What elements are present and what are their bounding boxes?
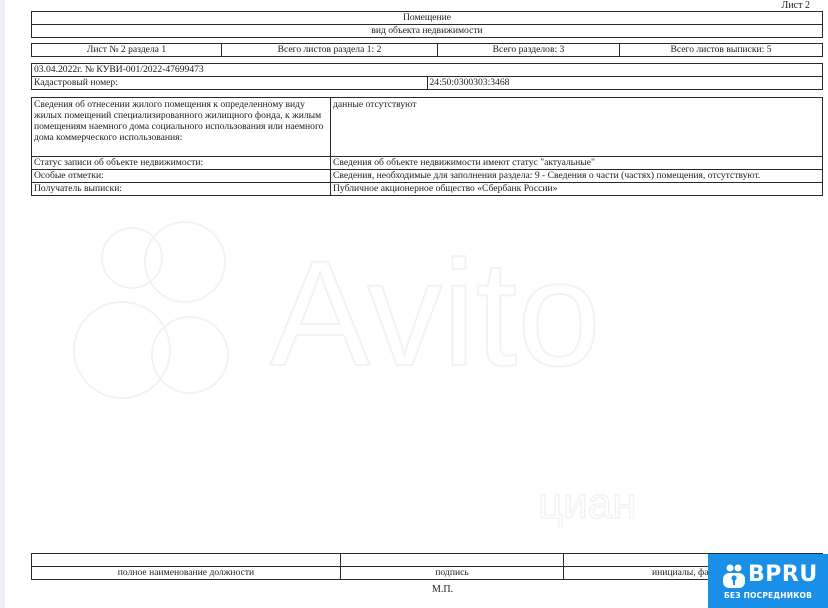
badge-title: BPRU [748, 562, 818, 587]
recipient-label: Получатель выписки: [32, 183, 331, 196]
cadastral-number: 24:50:0300303:3468 [427, 77, 823, 90]
recipient-value: Публичное акционерное общество «Сбербанк… [331, 183, 823, 196]
signature-table: полное наименование должности подпись ин… [31, 553, 823, 580]
special-notes-value: Сведения, необходимые для заполнения раз… [331, 170, 823, 183]
object-type: Помещение [32, 12, 823, 25]
special-notes-label: Особые отметки: [32, 170, 331, 183]
total-sections: Всего разделов: 3 [438, 44, 620, 57]
extract-ref-table: 03.04.2022г. № КУВИ-001/2022-47699473 Ка… [31, 63, 823, 90]
specialized-housing-value: данные отсутствуют [331, 98, 823, 157]
object-type-table: Помещение вид объекта недвижимости [31, 11, 823, 38]
page-edge-strip [0, 0, 5, 608]
signature-blank [341, 554, 564, 567]
sheet-number: Лист 2 [782, 0, 810, 11]
signature-caption: подпись [341, 567, 564, 580]
extract-reference: 03.04.2022г. № КУВИ-001/2022-47699473 [32, 64, 823, 77]
watermark-primary-text: Avito [270, 229, 601, 397]
watermark-secondary-text: циан [538, 479, 637, 528]
stamp-place: М.П. [432, 584, 453, 595]
object-type-caption: вид объекта недвижимости [32, 25, 823, 38]
record-status-value: Сведения об объекте недвижимости имеют с… [331, 157, 823, 170]
bpru-badge[interactable]: BPRU БЕЗ ПОСРЕДНИКОВ [708, 554, 828, 608]
sheet-info-table: Лист № 2 раздела 1 Всего листов раздела … [31, 43, 823, 57]
record-status-label: Статус записи об объекте недвижимости: [32, 157, 331, 170]
specialized-housing-label: Сведения об отнесении жилого помещения к… [32, 98, 331, 157]
position-blank [32, 554, 341, 567]
details-table: Сведения об отнесении жилого помещения к… [31, 97, 823, 196]
sheet-of-section: Лист № 2 раздела 1 [32, 44, 222, 57]
section-total-sheets: Всего листов раздела 1: 2 [222, 44, 438, 57]
extract-total-sheets: Всего листов выписки: 5 [620, 44, 823, 57]
cadastral-label: Кадастровый номер: [32, 77, 428, 90]
position-caption: полное наименование должности [32, 567, 341, 580]
badge-subtitle: БЕЗ ПОСРЕДНИКОВ [724, 591, 812, 600]
avito-watermark: Avito циан [60, 200, 760, 540]
people-key-icon [722, 564, 746, 590]
watermark-dot-icon [102, 228, 162, 288]
